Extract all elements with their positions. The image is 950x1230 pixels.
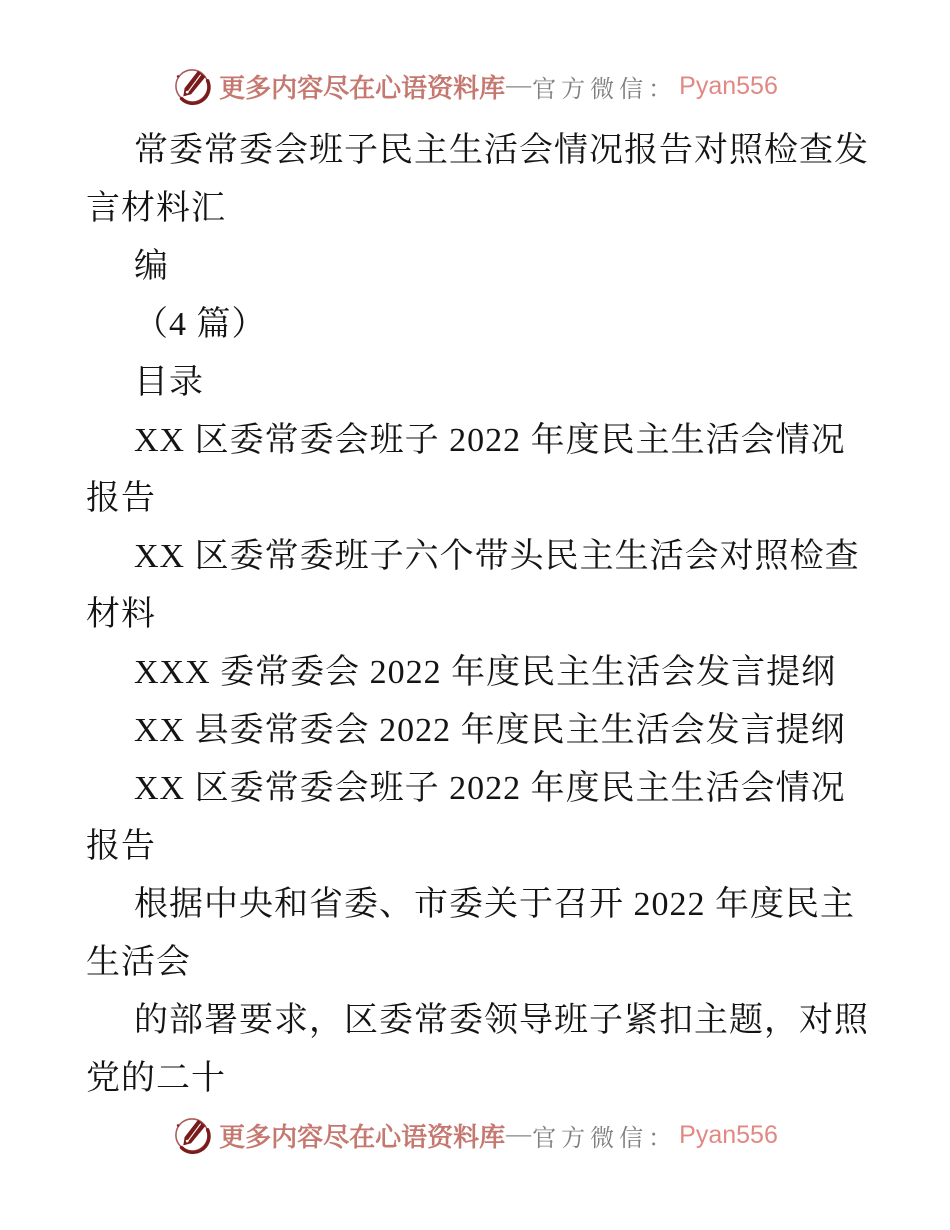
text-line: 材料: [86, 586, 866, 644]
watermark-wechat-account: Pyan556: [679, 72, 778, 101]
text-line: 编: [86, 238, 866, 296]
text-line: XXX 委常委会 2022 年度民主生活会发言提纲: [86, 644, 866, 702]
watermark-separator: —: [506, 1121, 531, 1149]
text-line: 言材料汇: [86, 180, 866, 238]
watermark-brand-text: 更多内容尽在心语资料库: [219, 68, 505, 105]
text-line: XX 区委常委班子六个带头民主生活会对照检查: [86, 528, 866, 586]
text-line: 党的二十: [86, 1050, 866, 1108]
text-line: 目录: [86, 354, 866, 412]
watermark-separator: —: [506, 72, 531, 100]
watermark-wechat-label: 官方微信：: [532, 1118, 677, 1153]
document-lines: 常委常委会班子民主生活会情况报告对照检查发言材料汇编（4 篇）目录XX 区委常委…: [86, 122, 866, 1108]
footer-watermark: 更多内容尽在心语资料库—官方微信：Pyan556: [0, 1113, 950, 1157]
text-line: 根据中央和省委、市委关于召开 2022 年度民主: [86, 876, 866, 934]
text-line: XX 区委常委会班子 2022 年度民主生活会情况: [86, 760, 866, 818]
text-line: XX 县委常委会 2022 年度民主生活会发言提纲: [86, 702, 866, 760]
text-line: 报告: [86, 470, 866, 528]
header-watermark: 更多内容尽在心语资料库—官方微信：Pyan556: [0, 64, 950, 108]
text-line: XX 区委常委会班子 2022 年度民主生活会情况: [86, 412, 866, 470]
text-line: 报告: [86, 818, 866, 876]
text-line: （4 篇）: [86, 296, 866, 354]
document-page: 更多内容尽在心语资料库—官方微信：Pyan556 常委常委会班子民主生活会情况报…: [0, 0, 950, 1230]
text-line: 生活会: [86, 934, 866, 992]
watermark-wechat-account: Pyan556: [679, 1121, 778, 1150]
pen-circle-logo-icon: [172, 1113, 212, 1157]
text-line: 常委常委会班子民主生活会情况报告对照检查发: [86, 122, 866, 180]
pen-circle-logo-icon: [172, 64, 212, 108]
watermark-wechat-label: 官方微信：: [532, 69, 677, 104]
watermark-brand-text: 更多内容尽在心语资料库: [219, 1117, 505, 1154]
text-line: 的部署要求，区委常委领导班子紧扣主题，对照: [86, 992, 866, 1050]
